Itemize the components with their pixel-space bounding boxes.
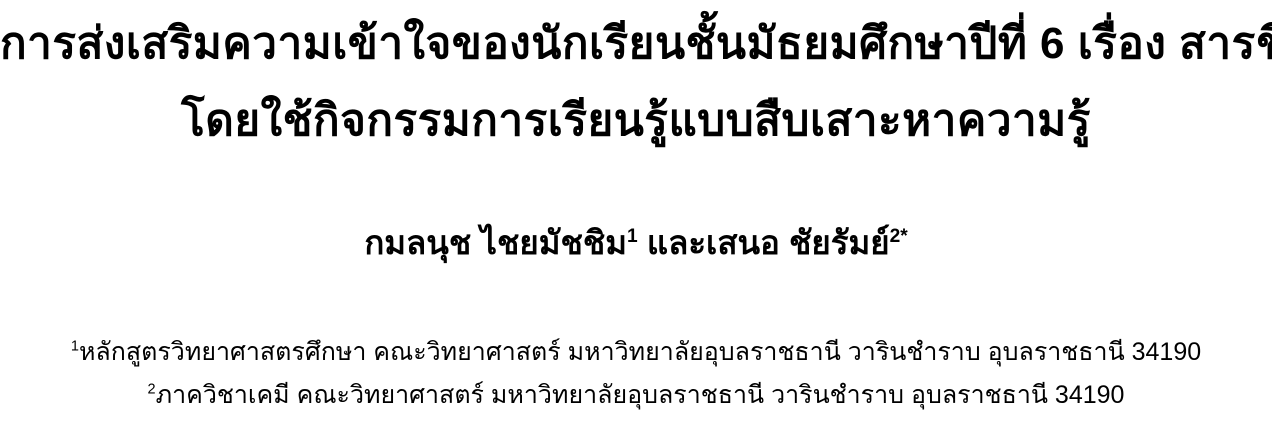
affiliation-block: 1หลักสูตรวิทยาศาสตรศึกษา คณะวิทยาศาสตร์ … (0, 331, 1272, 417)
affiliation-2-text: ภาควิชาเคมี คณะวิทยาศาสตร์ มหาวิทยาลัยอุ… (156, 381, 1125, 409)
author-line: กมลนุช ไชยมัชชิม1 และเสนอ ชัยรัมย์2* (0, 216, 1272, 270)
author-1-superscript: 1 (627, 226, 638, 247)
paper-title: การส่งเสริมความเข้าใจของนักเรียนชั้นมัธย… (0, 5, 1272, 159)
author-2-superscript: 2* (890, 226, 908, 247)
paper-title-line-2: โดยใช้กิจกรรมการเรียนรู้แบบสืบเสาะหาความ… (0, 82, 1272, 159)
author-1-name: กมลนุช ไชยมัชชิม (364, 224, 627, 261)
affiliation-1-superscript: 1 (71, 339, 79, 355)
affiliation-1-text: หลักสูตรวิทยาศาสตรศึกษา คณะวิทยาศาสตร์ ม… (79, 338, 1201, 366)
paper-title-line-1: การส่งเสริมความเข้าใจของนักเรียนชั้นมัธย… (0, 5, 1272, 82)
author-2-name: และเสนอ ชัยรัมย์ (638, 224, 890, 261)
affiliation-line-1: 1หลักสูตรวิทยาศาสตรศึกษา คณะวิทยาศาสตร์ … (0, 331, 1272, 374)
affiliation-2-superscript: 2 (148, 382, 156, 398)
paper-title-page: การส่งเสริมความเข้าใจของนักเรียนชั้นมัธย… (0, 0, 1272, 424)
affiliation-line-2: 2ภาควิชาเคมี คณะวิทยาศาสตร์ มหาวิทยาลัยอ… (0, 374, 1272, 417)
